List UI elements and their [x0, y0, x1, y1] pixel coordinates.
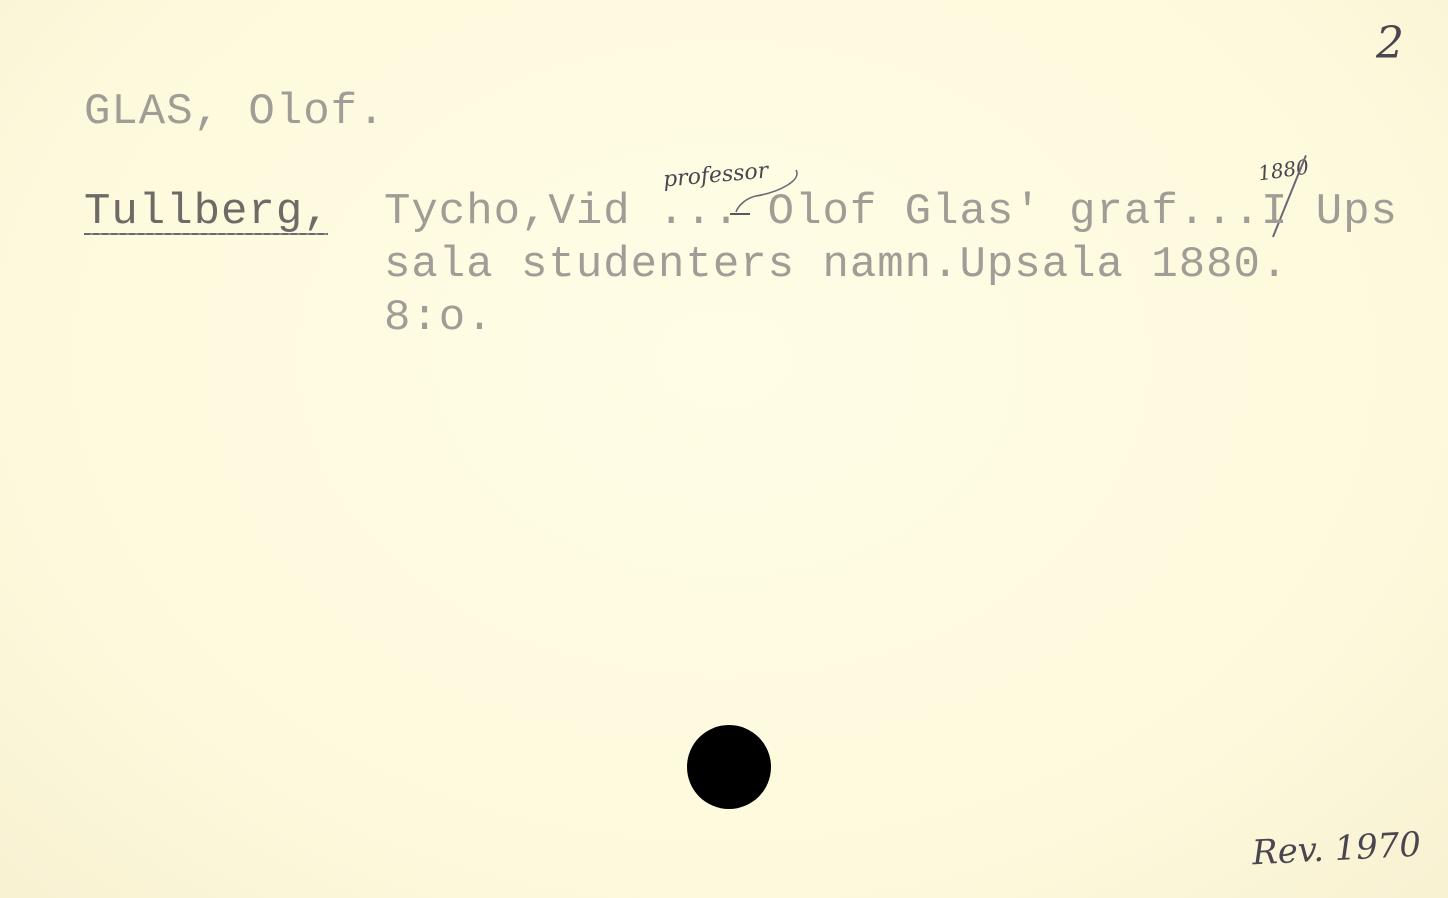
card-number: 2: [1376, 22, 1404, 66]
entry-line-2: sala studenters namn.Upsala 1880.: [384, 243, 1288, 287]
entry-line-1: Tycho,Vid ... Olof Glas' graf...I Ups: [384, 190, 1398, 234]
author-name: Tullberg,: [84, 190, 331, 234]
entry-line-3: 8:o.: [384, 296, 494, 340]
subject-heading: GLAS, Olof.: [84, 90, 385, 134]
catalog-card: 2 GLAS, Olof. Tullberg, professor 1880 T…: [0, 0, 1448, 898]
revision-note: Rev. 1970: [1251, 828, 1422, 871]
punch-hole: [687, 725, 771, 809]
author-underline: [84, 233, 328, 235]
